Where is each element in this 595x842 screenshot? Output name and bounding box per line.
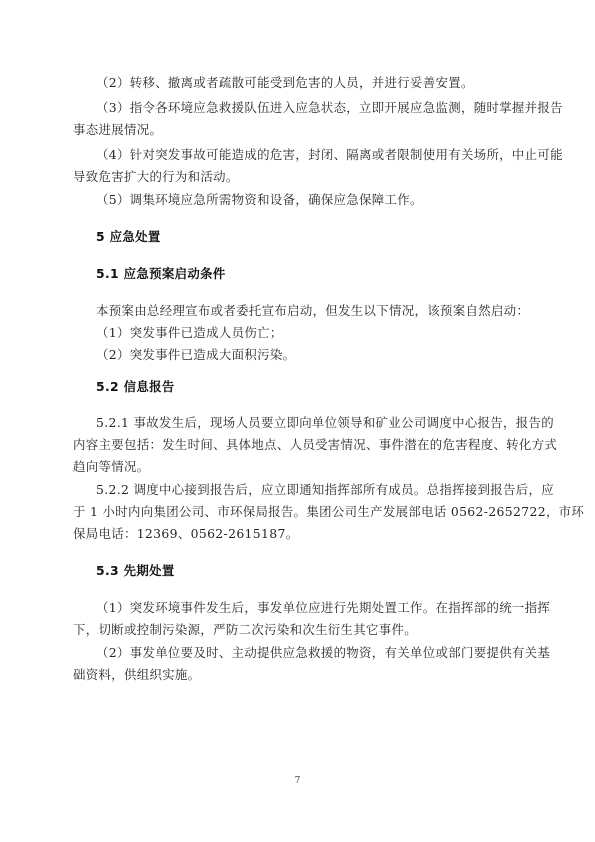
subsection-heading: 5.2 信息报告 bbox=[96, 379, 175, 395]
paragraph-line: （3）指令各环境应急救援队伍进入应急状态，立即开展应急监测，随时掌握并报告 bbox=[96, 100, 563, 116]
paragraph-line: （2）事发单位要及时、主动提供应急救援的物资，有关单位或部门要提供有关基 bbox=[96, 645, 550, 661]
paragraph-line: 5.2.2 调度中心接到报告后，应立即通知指挥部所有成员。总指挥接到报告后，应 bbox=[96, 482, 554, 498]
document-page: （2）转移、撤离或者疏散可能受到危害的人员，并进行妥善安置。 （3）指令各环境应… bbox=[0, 0, 595, 842]
page-number: 7 bbox=[0, 776, 595, 786]
paragraph-line: 内容主要包括：发生时间、具体地点、人员受害情况、事件潜在的危害程度、转化方式 bbox=[73, 437, 557, 453]
paragraph-line: 保局电话：12369、0562-2615187。 bbox=[73, 526, 298, 542]
paragraph-line: 下，切断或控制污染源，严防二次污染和次生衍生其它事件。 bbox=[73, 622, 417, 638]
paragraph-line: 5.2.1 事故发生后，现场人员要立即向单位领导和矿业公司调度中心报告，报告的 bbox=[96, 415, 554, 431]
paragraph-line: 趋向等情况。 bbox=[73, 459, 149, 475]
paragraph-line: 于 1 小时内向集团公司、市环保局报告。集团公司生产发展部电话 0562-265… bbox=[73, 504, 584, 520]
paragraph-line: （2）突发事件已造成大面积污染。 bbox=[96, 347, 295, 363]
paragraph-line: （4）针对突发事故可能造成的危害，封闭、隔离或者限制使用有关场所，中止可能 bbox=[96, 147, 563, 163]
paragraph-line: （5）调集环境应急所需物资和设备，确保应急保障工作。 bbox=[96, 192, 423, 208]
section-heading: 5 应急处置 bbox=[96, 229, 161, 245]
paragraph-line: 础资料，供组织实施。 bbox=[73, 667, 200, 683]
subsection-heading: 5.1 应急预案启动条件 bbox=[96, 266, 226, 282]
subsection-heading: 5.3 先期处置 bbox=[96, 563, 175, 579]
paragraph-line: 导致危害扩大的行为和活动。 bbox=[73, 169, 239, 185]
paragraph-line: （2）转移、撤离或者疏散可能受到危害的人员，并进行妥善安置。 bbox=[96, 75, 474, 91]
paragraph-line: 本预案由总经理宣布或者委托宣布启动，但发生以下情况，该预案自然启动： bbox=[96, 303, 529, 319]
paragraph-line: （1）突发环境事件发生后，事发单位应进行先期处置工作。在指挥部的统一指挥 bbox=[96, 600, 550, 616]
paragraph-line: （1）突发事件已造成人员伤亡； bbox=[96, 325, 283, 341]
paragraph-line: 事态进展情况。 bbox=[73, 122, 162, 138]
